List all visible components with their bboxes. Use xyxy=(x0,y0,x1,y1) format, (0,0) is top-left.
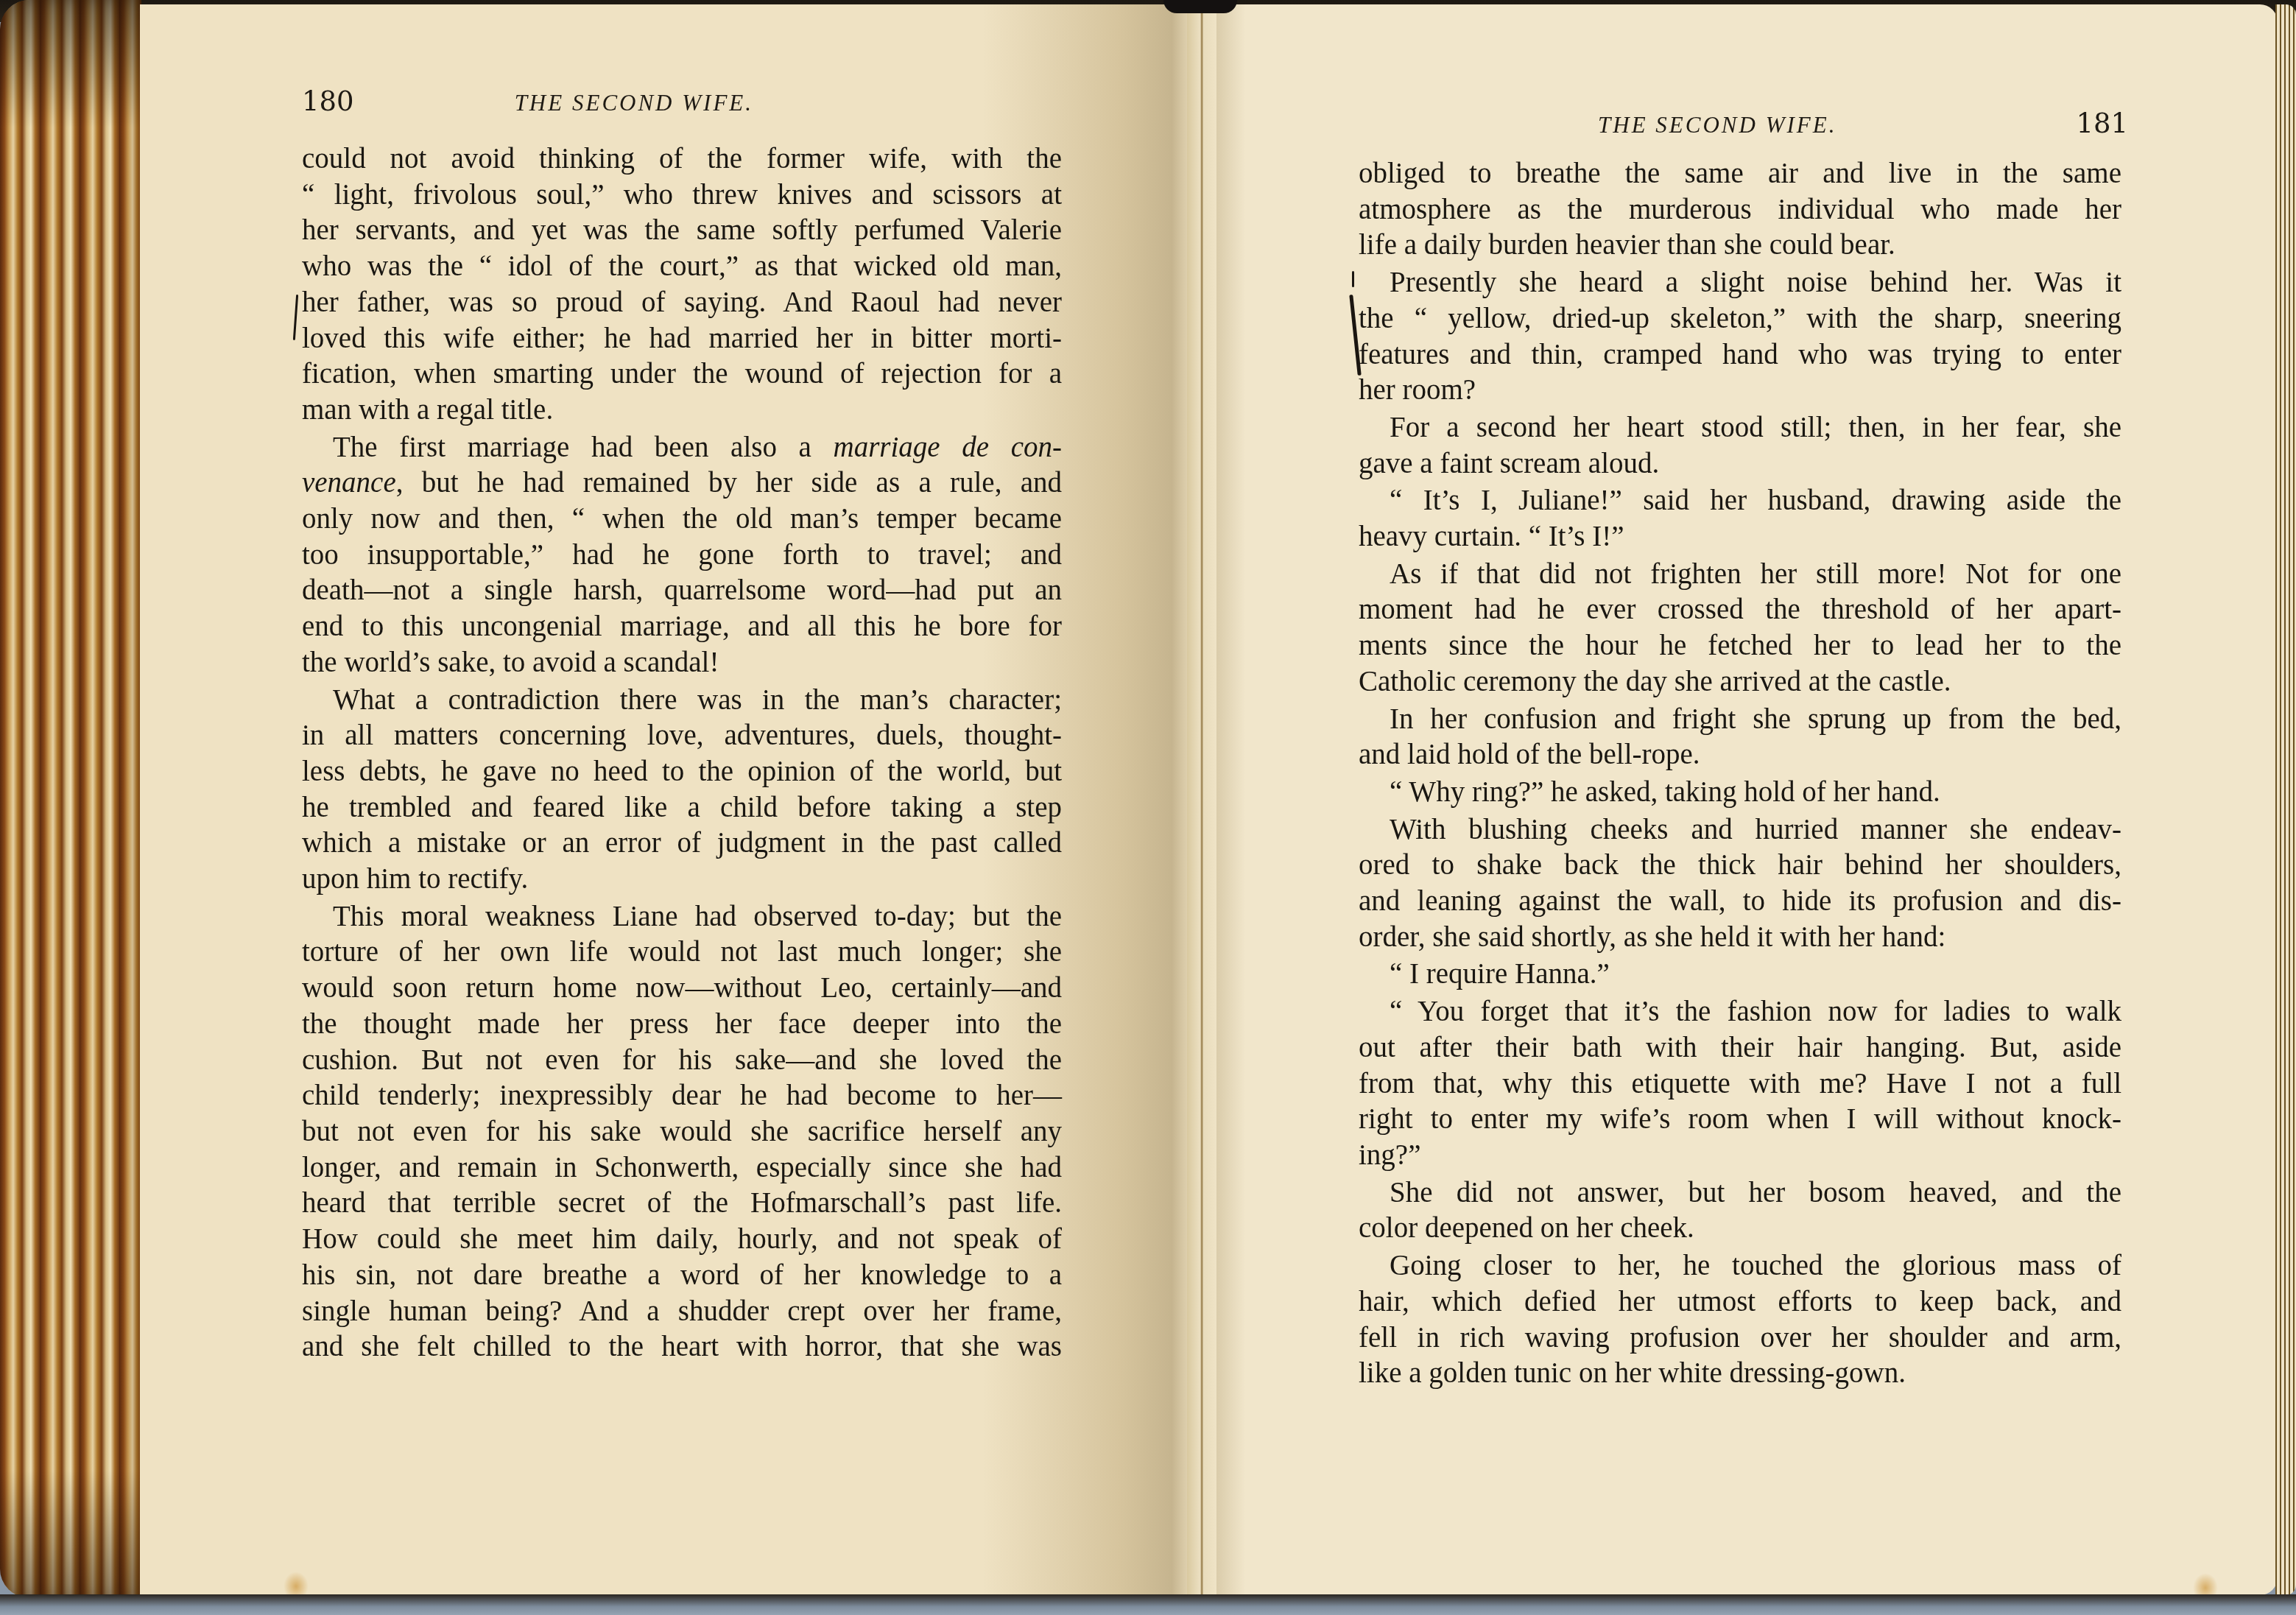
running-title: THE SECOND WIFE. xyxy=(1598,112,1837,138)
text-line: gave a faint scream aloud. xyxy=(1359,446,2121,482)
text-line: which a mistake or an error of judgment … xyxy=(302,826,1062,862)
text-line: “ You forget that it’s the fashion now f… xyxy=(1359,994,2121,1030)
text-line: “ I require Hanna.” xyxy=(1359,957,2121,993)
open-book-scan: 180 THE SECOND WIFE. THE SECOND WIFE. 18… xyxy=(0,0,2296,1615)
text-line: could not avoid thinking of the former w… xyxy=(302,141,1062,177)
text-line: She did not answer, but her bosom heaved… xyxy=(1359,1175,2121,1211)
text-line: ing?” xyxy=(1359,1138,2121,1174)
text-line: life a daily burden heavier than she cou… xyxy=(1359,228,2121,264)
left-running-head: 180 THE SECOND WIFE. xyxy=(302,85,1068,117)
text-line: venance, but he had remained by her side… xyxy=(302,465,1062,502)
spine-shadow xyxy=(1163,0,1237,13)
book-gutter xyxy=(1187,0,1216,1598)
text-line: would soon return home now—without Leo, … xyxy=(302,971,1062,1007)
text-line: “ light, frivolous soul,” who threw kniv… xyxy=(302,177,1062,214)
text-line: Catholic ceremony the day she arrived at… xyxy=(1359,664,2121,700)
text-line: “ It’s I, Juliane!” said her husband, dr… xyxy=(1359,483,2121,519)
text-line: the thought made her press her face deep… xyxy=(302,1007,1062,1043)
text-line: The first marriage had been also a marri… xyxy=(302,430,1062,466)
text-line: Presently she heard a slight noise behin… xyxy=(1359,265,2121,301)
text-line: end to this uncongenial marriage, and al… xyxy=(302,609,1062,645)
right-running-head: THE SECOND WIFE. 181 xyxy=(1598,108,2128,139)
text-line: With blushing cheeks and hurried manner … xyxy=(1359,812,2121,848)
text-line: features and thin, cramped hand who was … xyxy=(1359,337,2121,373)
text-line: from that, why this etiquette with me? H… xyxy=(1359,1066,2121,1102)
text-line: heard that terrible secret of the Hofmar… xyxy=(302,1186,1062,1222)
text-line: he trembled and feared like a child befo… xyxy=(302,790,1062,826)
text-line: who was the “ idol of the court,” as tha… xyxy=(302,249,1062,285)
text-line: obliged to breathe the same air and live… xyxy=(1359,156,2121,192)
text-line: fell in rich waving profusion over her s… xyxy=(1359,1320,2121,1357)
text-line: only now and then, “ when the old man’s … xyxy=(302,502,1062,538)
text-line: heavy curtain. “ It’s I!” xyxy=(1359,519,2121,555)
text-line: his sin, not dare breathe a word of her … xyxy=(302,1258,1062,1294)
text-line: and laid hold of the bell-rope. xyxy=(1359,737,2121,773)
text-line: child tenderly; inexpressibly dear he ha… xyxy=(302,1078,1062,1114)
text-line: single human being? And a shudder crept … xyxy=(302,1294,1062,1330)
italic-phrase: venance xyxy=(302,467,396,499)
text-line: right to enter my wife’s room when I wil… xyxy=(1359,1102,2121,1138)
text-line: Going closer to her, he touched the glor… xyxy=(1359,1248,2121,1284)
text-line: torture of her own life would not last m… xyxy=(302,935,1062,971)
text-line: How could she meet him daily, hourly, an… xyxy=(302,1222,1062,1258)
text-line: her room? xyxy=(1359,373,2121,409)
text-line: her servants, and yet was the same softl… xyxy=(302,213,1062,249)
page-number: 181 xyxy=(2076,108,2128,139)
text-line: fication, when smarting under the wound … xyxy=(302,356,1062,393)
text-line: In her confusion and fright she sprung u… xyxy=(1359,702,2121,738)
text-line: her father, was so proud of saying. And … xyxy=(302,285,1062,321)
right-page-edges xyxy=(2275,4,2296,1595)
text-line: upon him to rectify. xyxy=(302,862,1062,898)
left-page-edges xyxy=(0,0,141,1598)
text-line: For a second her heart stood still; then… xyxy=(1359,410,2121,446)
right-page-body: obliged to breathe the same air and live… xyxy=(1359,156,2121,1392)
page-number: 180 xyxy=(302,85,354,117)
text-line: ments since the hour he fetched her to l… xyxy=(1359,628,2121,664)
text-line: death—not a single harsh, quarrelsome wo… xyxy=(302,573,1062,609)
text-line: and she felt chilled to the heart with h… xyxy=(302,1329,1062,1365)
text-line: the “ yellow, dried-up skeleton,” with t… xyxy=(1359,301,2121,337)
text-line: moment had he ever crossed the threshold… xyxy=(1359,592,2121,628)
text-line: loved this wife either; he had married h… xyxy=(302,321,1062,357)
text-line: What a contradiction there was in the ma… xyxy=(302,683,1062,719)
text-line: like a golden tunic on her white dressin… xyxy=(1359,1356,2121,1392)
text-line: ored to shake back the thick hair behind… xyxy=(1359,848,2121,884)
text-line: cushion. But not even for his sake—and s… xyxy=(302,1043,1062,1079)
text-line: in all matters concerning love, adventur… xyxy=(302,718,1062,754)
text-line: but not even for his sake would she sacr… xyxy=(302,1114,1062,1150)
text-line: longer, and remain in Schonwerth, especi… xyxy=(302,1150,1062,1186)
text-line: too insupportable,” had he gone forth to… xyxy=(302,538,1062,574)
text-line: out after their bath with their hair han… xyxy=(1359,1030,2121,1066)
text-line: the world’s sake, to avoid a scandal! xyxy=(302,645,1062,681)
text-line: man with a regal title. xyxy=(302,393,1062,429)
text-line: As if that did not frighten her still mo… xyxy=(1359,557,2121,593)
text-line: color deepened on her cheek. xyxy=(1359,1211,2121,1247)
text-line: atmosphere as the murderous individual w… xyxy=(1359,192,2121,228)
scanner-backdrop-bottom xyxy=(0,1594,2296,1615)
text-line: and leaning against the wall, to hide it… xyxy=(1359,884,2121,920)
running-title: THE SECOND WIFE. xyxy=(515,90,753,116)
text-line: This moral weakness Liane had observed t… xyxy=(302,899,1062,935)
text-line: hair, which defied her utmost efforts to… xyxy=(1359,1284,2121,1320)
text-line: “ Why ring?” he asked, taking hold of he… xyxy=(1359,775,2121,811)
pencil-margin-mark xyxy=(1352,271,1354,287)
left-page-body: could not avoid thinking of the former w… xyxy=(302,141,1062,1365)
text-line: order, she said shortly, as she held it … xyxy=(1359,920,2121,956)
italic-phrase: marriage de con- xyxy=(833,432,1062,463)
text-line: less debts, he gave no heed to the opini… xyxy=(302,754,1062,790)
